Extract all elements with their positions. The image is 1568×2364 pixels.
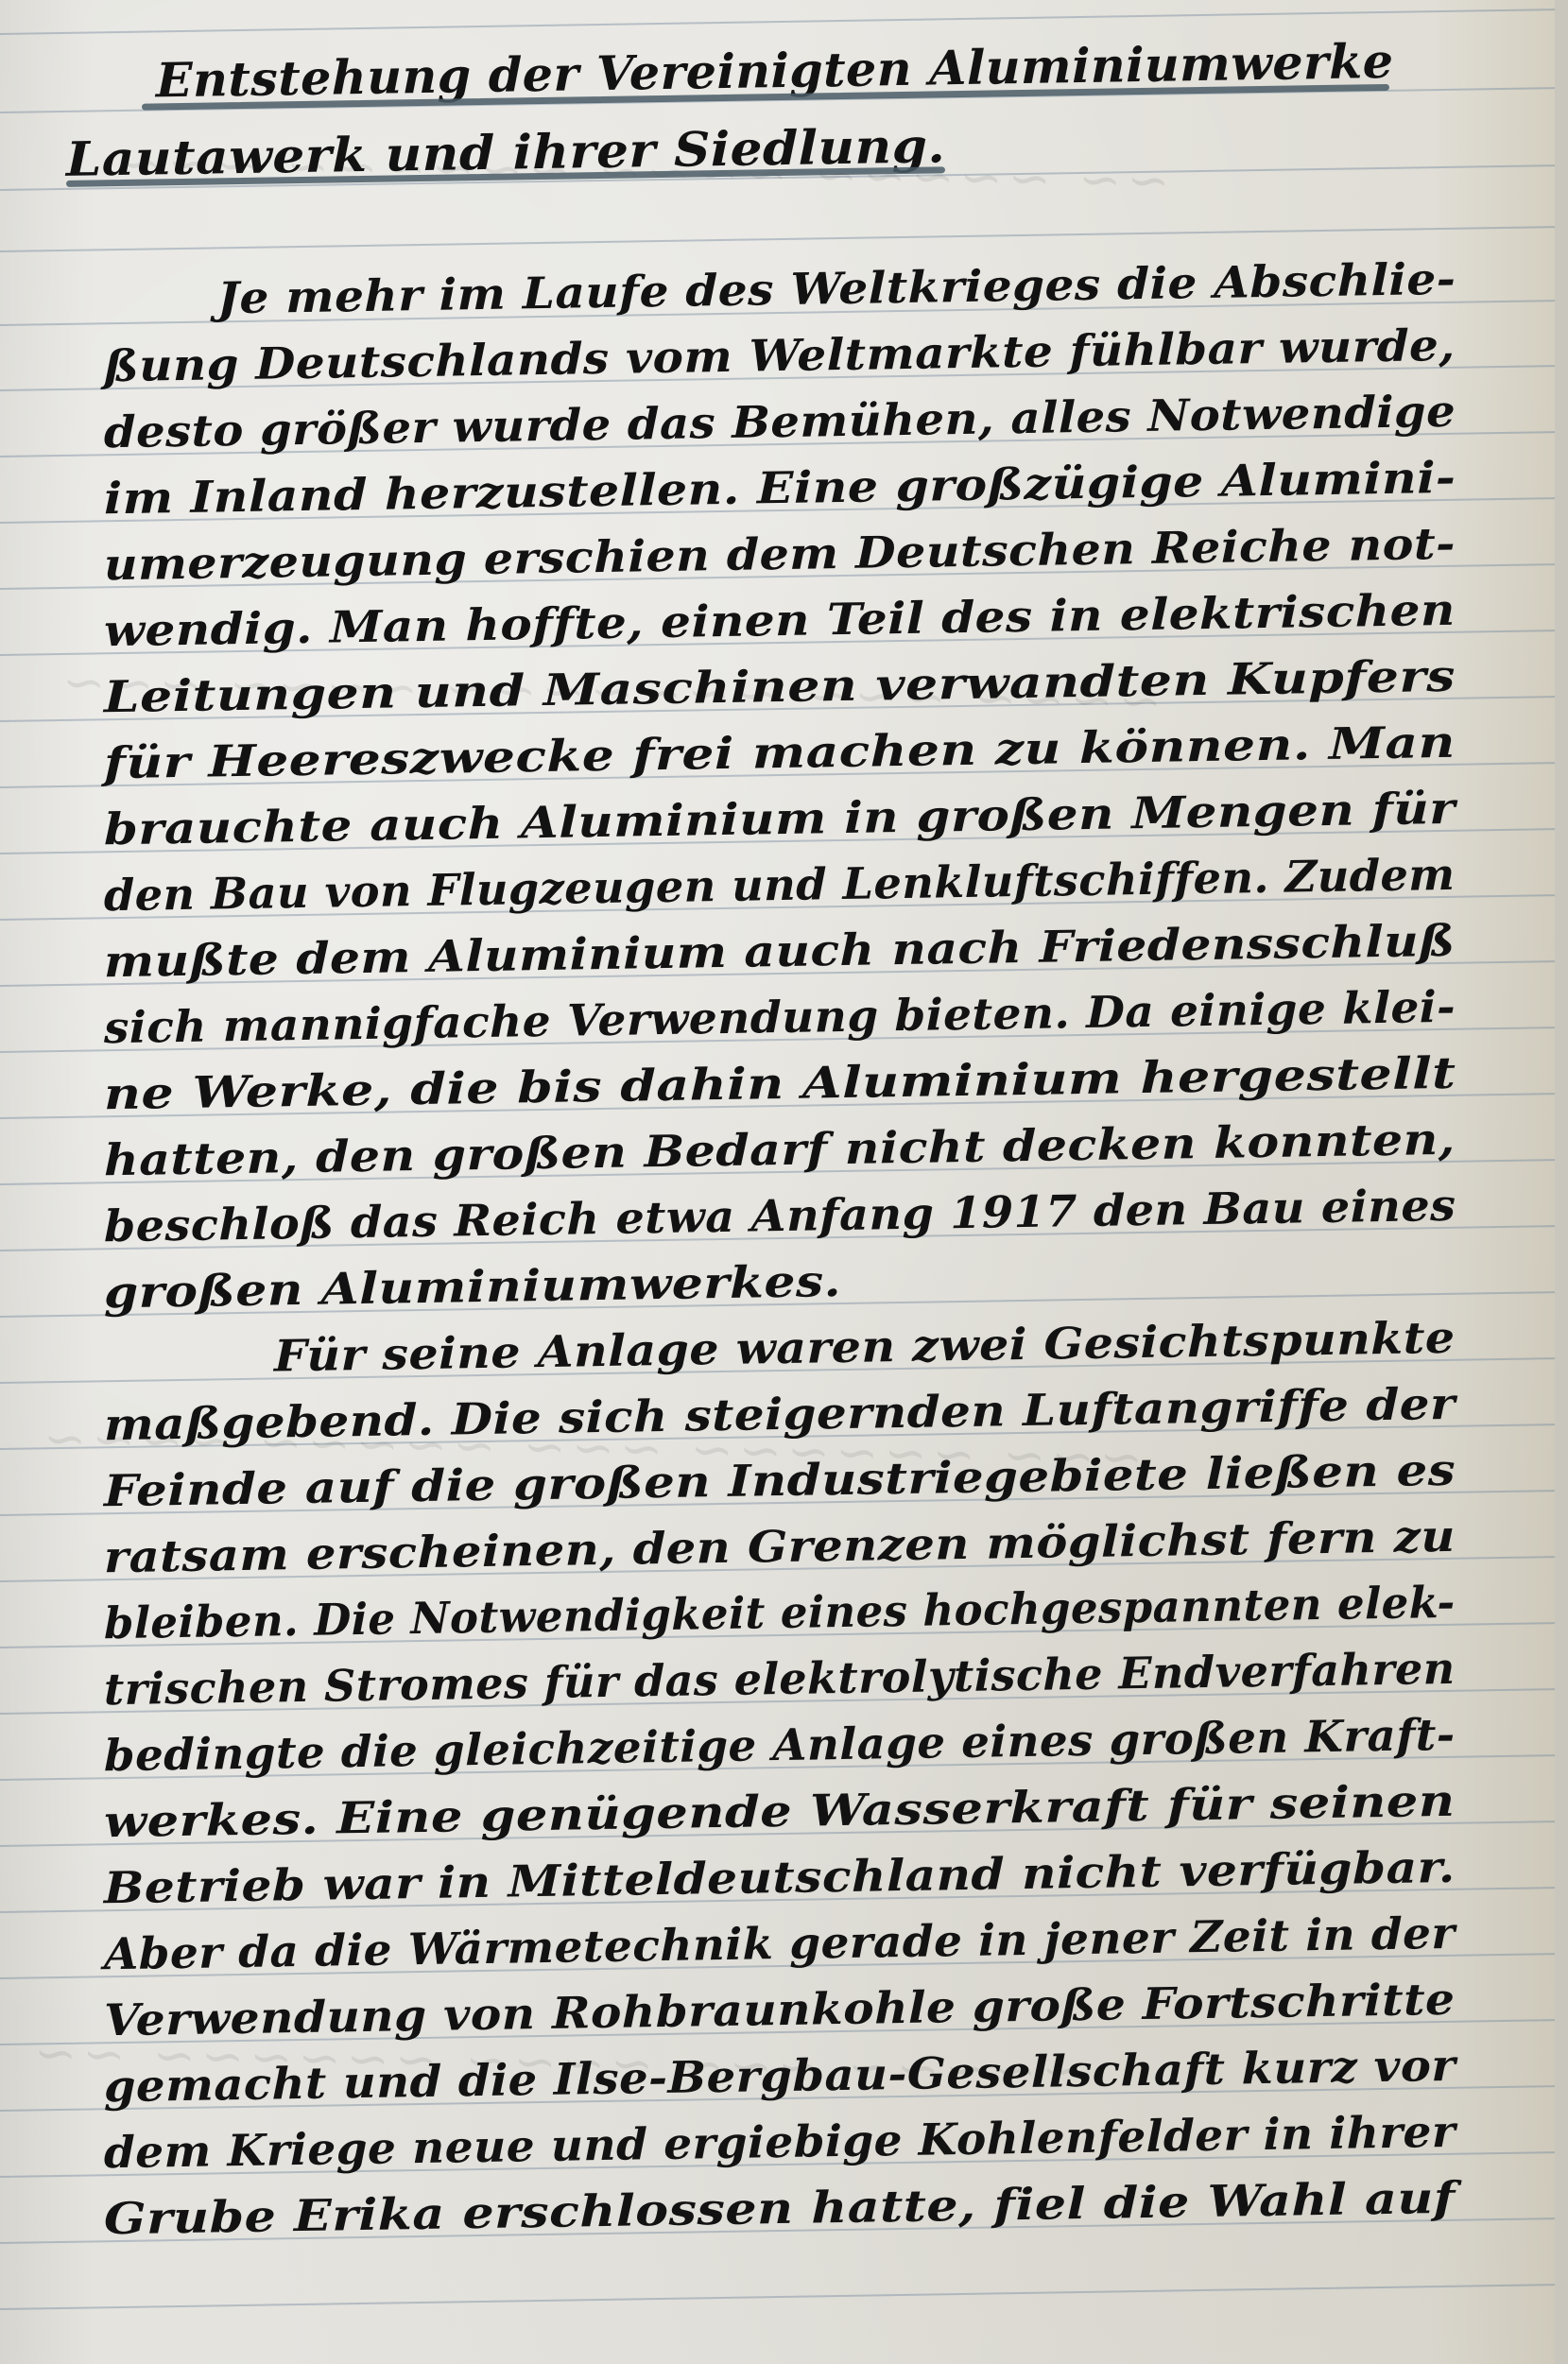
body-line: trischen Stromes für das elektrolytische… [104, 1643, 1456, 1715]
body-line: großen Aluminiumwerkes. [104, 1255, 841, 1318]
body-line: dem Kriege neue und ergiebige Kohlenfeld… [104, 2106, 1456, 2178]
body-line: Verwendung von Rohbraunkohle große Forts… [104, 1974, 1456, 2045]
body-line: Je mehr im Laufe des Weltkrieges die Abs… [217, 253, 1456, 324]
body-line: beschloß das Reich etwa Anfang 1917 den … [104, 1180, 1456, 1251]
body-line: mußte dem Aluminium auch nach Friedenssc… [104, 915, 1456, 987]
handwritten-content: Entstehung der Vereinigten Aluminiumwerk… [0, 0, 1555, 2364]
handwritten-page: ~~ ~~~~~ ~~~~ ~~~~~~ ~~~ ~~~~ ~~~ ~~~~~~… [0, 0, 1555, 2364]
body-line: hatten, den großen Bedarf nicht decken k… [104, 1113, 1456, 1185]
body-line: Grube Erika erschlossen hatte, fiel die … [104, 2172, 1456, 2244]
body-line: Leitungen und Maschinen verwandten Kupfe… [104, 650, 1456, 722]
body-line: Feinde auf die großen Industriegebiete l… [104, 1444, 1456, 1516]
body-line: im Inland herzustellen. Eine großzügige … [104, 452, 1456, 524]
body-line: bleiben. Die Notwendigkeit eines hochges… [104, 1577, 1456, 1648]
body-line: umerzeugung erschien dem Deutschen Reich… [104, 518, 1456, 590]
body-line: ratsam erscheinen, den Grenzen möglichst… [104, 1510, 1456, 1582]
body-line: Aber da die Wärmetechnik gerade in jener… [104, 1907, 1456, 1979]
body-line: brauchte auch Aluminium in großen Mengen… [104, 783, 1456, 854]
body-line: maßgebend. Die sich steigernden Luftangr… [104, 1378, 1456, 1450]
body-line: werkes. Eine genügende Wasserkraft für s… [104, 1775, 1456, 1847]
body-line: ßung Deutschlands vom Weltmarkte fühlbar… [104, 319, 1456, 391]
body-line: ne Werke, die bis dahin Aluminium herges… [104, 1047, 1456, 1119]
body-line: gemacht und die Ilse-Bergbau-Gesellschaf… [104, 2040, 1456, 2112]
body-line: desto größer wurde das Bemühen, alles No… [104, 386, 1456, 457]
body-line: bedingte die gleichzeitige Anlage eines … [104, 1709, 1456, 1781]
body-line: sich mannigfache Verwendung bieten. Da e… [104, 981, 1456, 1053]
body-line: Betrieb war in Mitteldeutschland nicht v… [104, 1841, 1456, 1913]
body-line: den Bau von Flugzeugen und Lenkluftschif… [104, 849, 1456, 921]
body-line: Für seine Anlage waren zwei Gesichtspunk… [274, 1312, 1456, 1382]
body-line: für Heereszwecke frei machen zu können. … [104, 716, 1456, 788]
body-line: wendig. Man hoffte, einen Teil des in el… [104, 584, 1456, 656]
